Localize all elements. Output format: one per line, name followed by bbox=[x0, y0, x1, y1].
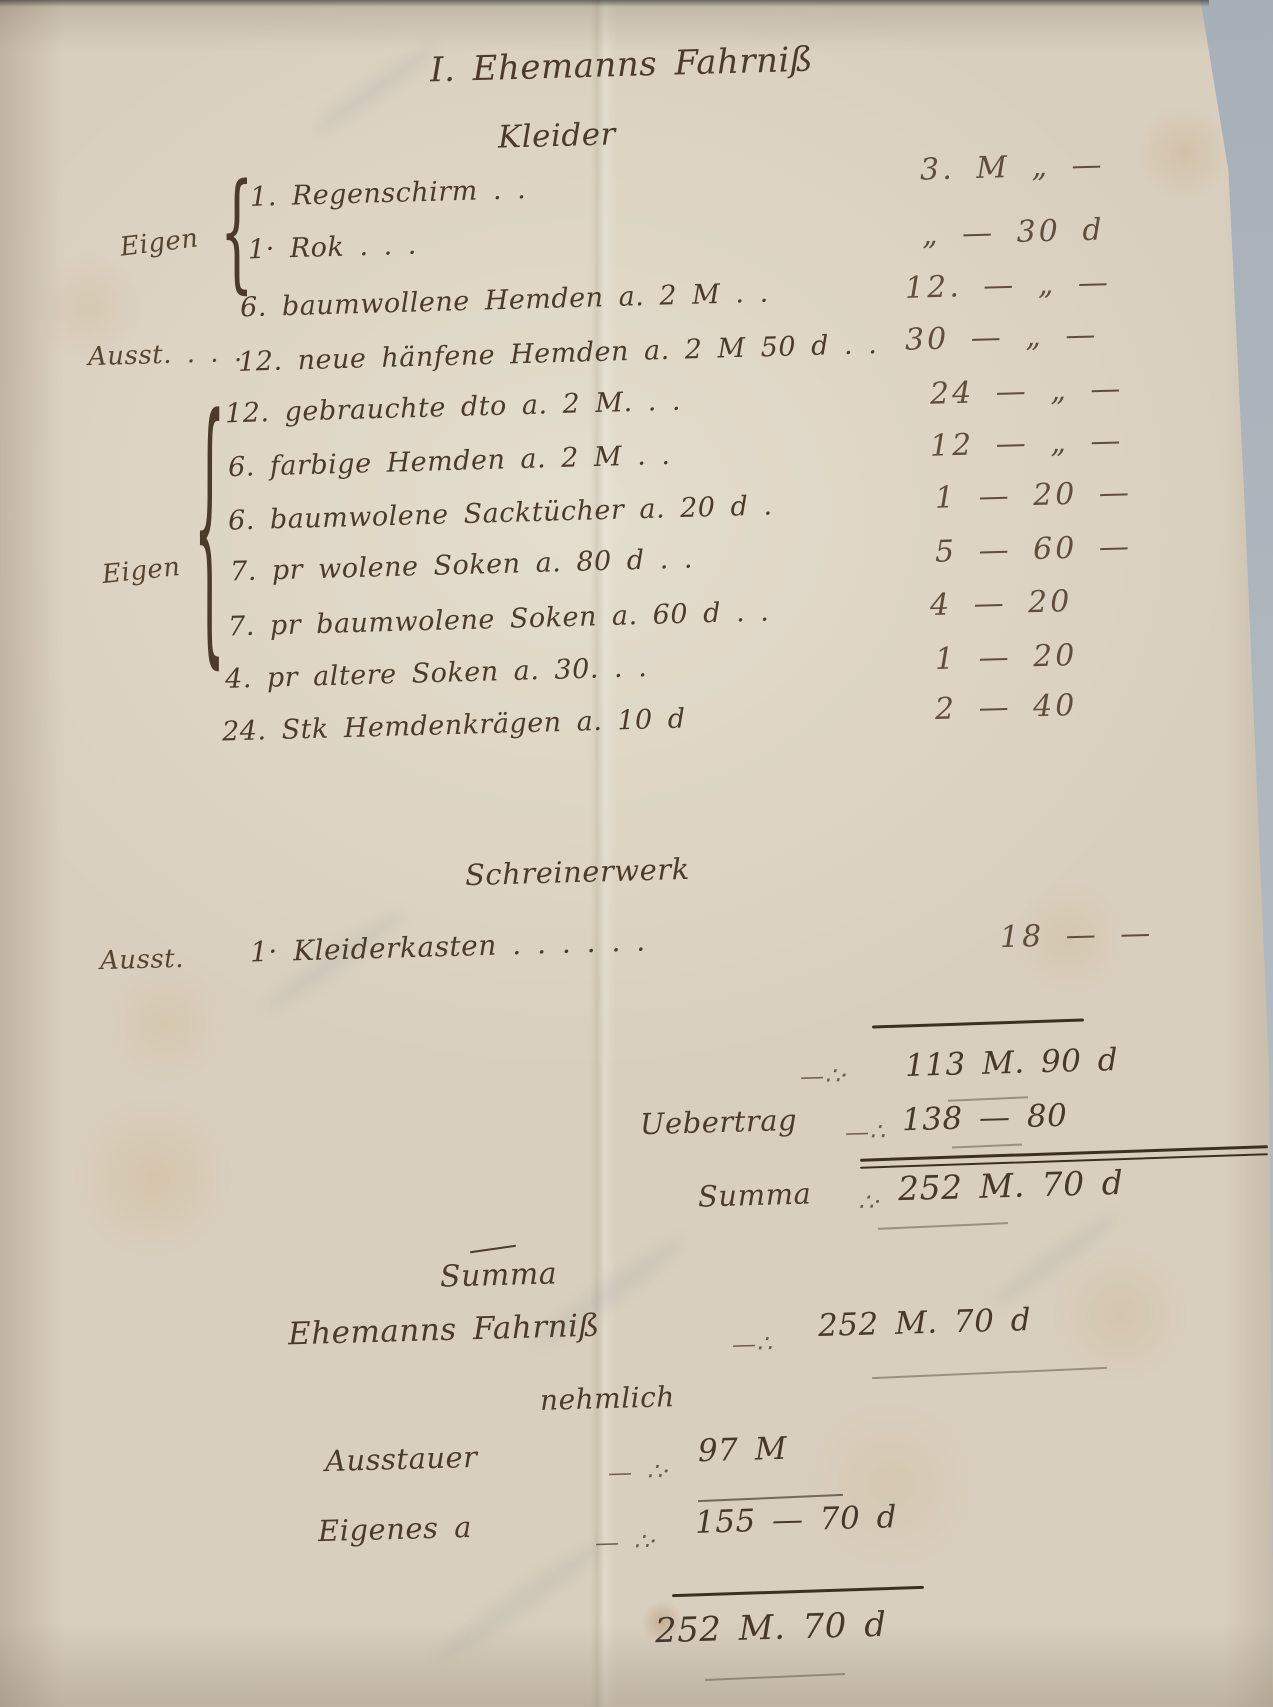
sum-prefix: ∴· bbox=[858, 1188, 883, 1217]
item-value-6: 1 — 20 — bbox=[935, 475, 1133, 515]
item-value-7: 5 — 60 — bbox=[935, 529, 1133, 569]
subtotal-prefix: —∴· bbox=[800, 1061, 849, 1090]
summary-heading: Summa bbox=[440, 1256, 558, 1294]
summary-line2-label: Ausstauer bbox=[325, 1440, 478, 1478]
brace-eigen-main bbox=[194, 384, 226, 673]
item-value-10: 2 — 40 bbox=[935, 688, 1078, 727]
carryover-prefix: —∴ bbox=[845, 1117, 886, 1146]
section-heading-kleider: Kleider bbox=[498, 116, 617, 155]
sum-value: 252 M. 70 d bbox=[897, 1163, 1123, 1208]
brace-eigen-top bbox=[220, 168, 254, 297]
summary-line1-prefix: —∴ bbox=[732, 1329, 773, 1358]
item-value-4: 24 — „ — bbox=[930, 371, 1124, 411]
item-value-1: „ — 30 d bbox=[922, 212, 1105, 252]
summary-line2-prefix: — ∴· bbox=[608, 1457, 671, 1487]
subtotal-value: 113 M. 90 d bbox=[905, 1042, 1119, 1084]
item-value-9: 1 — 20 bbox=[935, 638, 1078, 677]
schreinerwerk-value: 18 — — bbox=[1000, 916, 1154, 955]
margin-label-ausst-2: Ausst. bbox=[100, 944, 185, 976]
table-edge-shadow bbox=[0, 0, 1209, 7]
item-value-8: 4 — 20 bbox=[930, 584, 1073, 623]
summary-line1-value: 252 M. 70 d bbox=[818, 1302, 1032, 1344]
summary-line2-value: 97 M bbox=[698, 1431, 788, 1469]
summary-note: nehmlich bbox=[540, 1380, 676, 1417]
sum-label: Summa bbox=[698, 1176, 812, 1213]
carryover-label: Uebertrag bbox=[640, 1103, 798, 1141]
item-value-0: 3. M „ — bbox=[920, 147, 1105, 187]
section-heading-schreinerwerk: Schreinerwerk bbox=[465, 852, 691, 892]
summary-line3-prefix: — ∴· bbox=[595, 1527, 658, 1557]
summary-line3-value: 155 — 70 d bbox=[695, 1499, 898, 1541]
item-desc-1: 1· Rok . . . bbox=[248, 230, 418, 266]
item-value-3: 30 — „ — bbox=[905, 317, 1099, 357]
summary-line3-label: Eigenes a bbox=[318, 1510, 473, 1548]
document-photo: I. Ehemanns Fahrniß Kleider Eigen Ausst.… bbox=[0, 0, 1273, 1707]
item-value-5: 12 — „ — bbox=[930, 423, 1124, 463]
carryover-value: 138 — 80 bbox=[902, 1098, 1068, 1139]
item-value-2: 12. — „ — bbox=[905, 265, 1112, 306]
summary-total-value: 252 M. 70 d bbox=[654, 1605, 886, 1651]
